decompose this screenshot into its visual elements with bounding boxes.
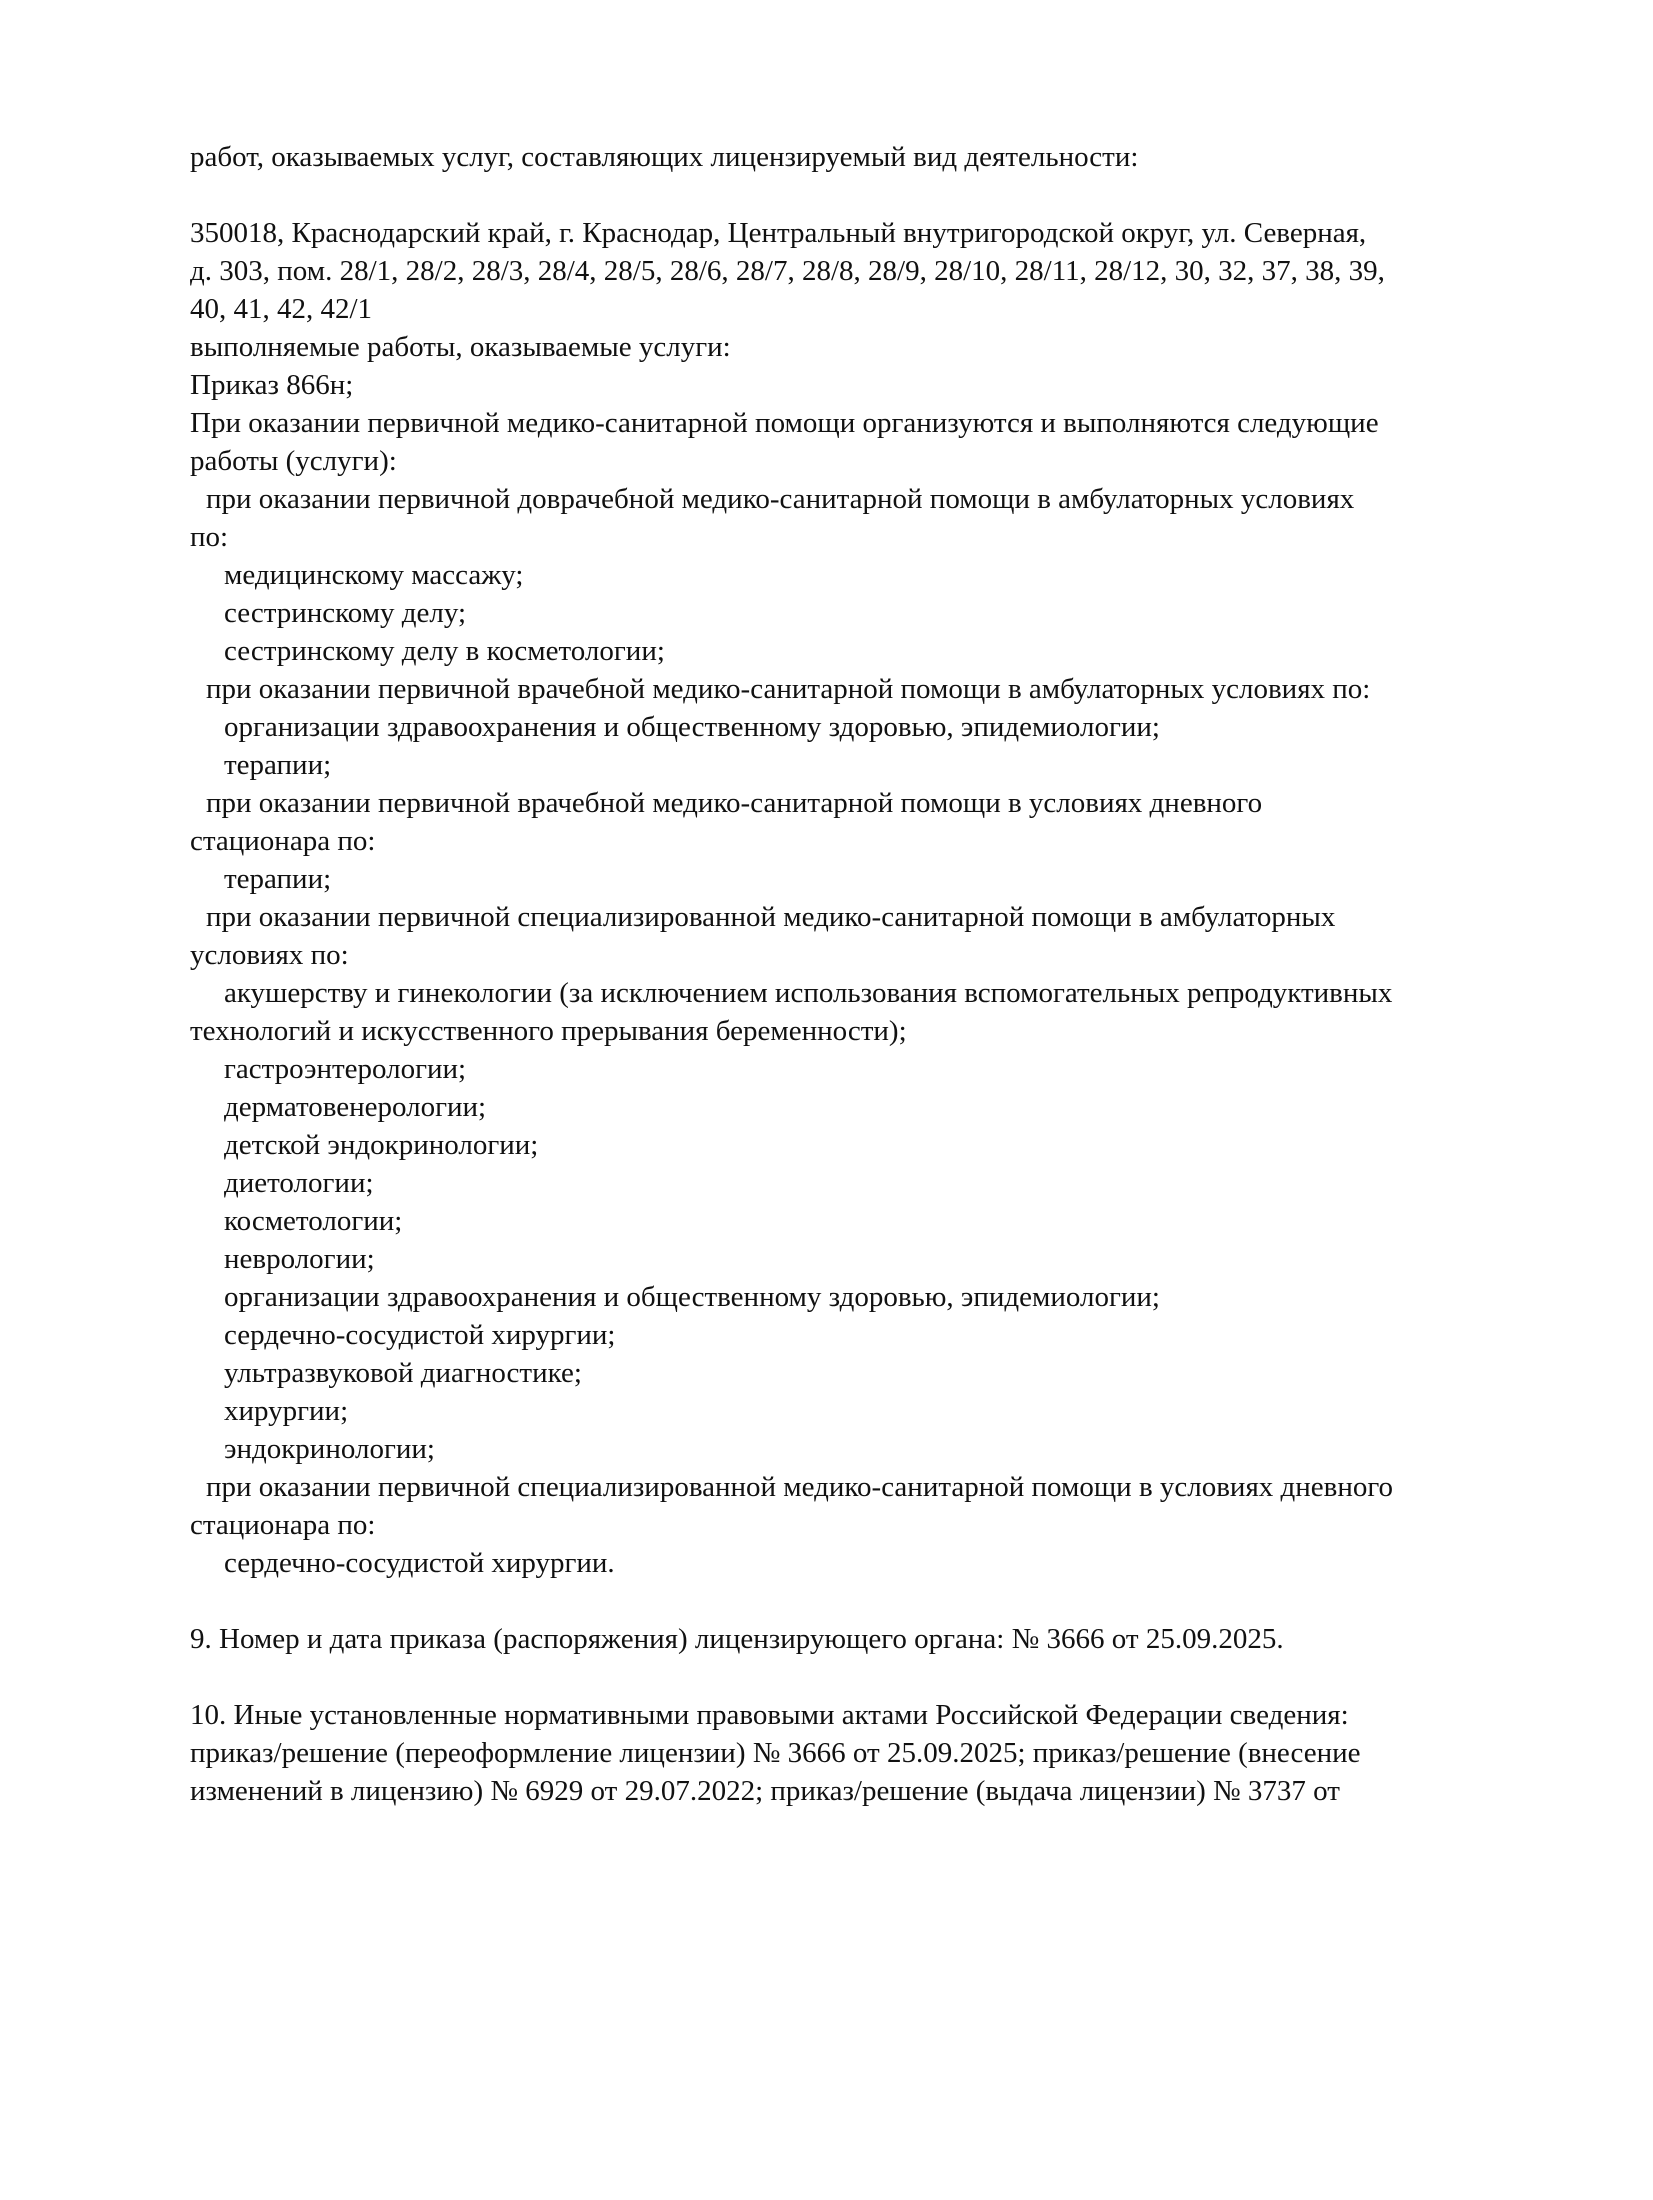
preamble-line: работы (услуги): (190, 442, 1570, 480)
item-10-block: 10. Иные установленные нормативными прав… (190, 1696, 1570, 1810)
service-item: организации здравоохранения и общественн… (190, 708, 1570, 746)
service-item: сестринскому делу в косметологии; (190, 632, 1570, 670)
service-item: сердечно-сосудистой хирургии; (190, 1316, 1570, 1354)
preamble-line: При оказании первичной медико-санитарной… (190, 404, 1570, 442)
address-block: 350018, Краснодарский край, г. Краснодар… (190, 214, 1570, 328)
service-item: терапии; (190, 860, 1570, 898)
service-item: косметологии; (190, 1202, 1570, 1240)
item-10-line: 10. Иные установленные нормативными прав… (190, 1696, 1570, 1734)
section-heading-line: при оказании первичной доврачебной медик… (190, 480, 1570, 518)
section-heading-line: по: (190, 518, 1570, 556)
section-heading-line: стационара по: (190, 822, 1570, 860)
service-section: при оказании первичной врачебной медико-… (190, 784, 1570, 898)
service-item: терапии; (190, 746, 1570, 784)
service-item: гастроэнтерологии; (190, 1050, 1570, 1088)
document-page: работ, оказываемых услуг, составляющих л… (190, 138, 1570, 1810)
service-item: сердечно-сосудистой хирургии. (190, 1544, 1570, 1582)
item-10-line: приказ/решение (переоформление лицензии)… (190, 1734, 1570, 1772)
service-section: при оказании первичной специализированно… (190, 898, 1570, 1468)
address-line: 350018, Краснодарский край, г. Краснодар… (190, 214, 1570, 252)
section-heading-line: при оказании первичной врачебной медико-… (190, 670, 1570, 708)
section-heading-line: стационара по: (190, 1506, 1570, 1544)
service-item: эндокринологии; (190, 1430, 1570, 1468)
address-line: 40, 41, 42, 42/1 (190, 290, 1570, 328)
section-heading-line: при оказании первичной врачебной медико-… (190, 784, 1570, 822)
service-section: при оказании первичной специализированно… (190, 1468, 1570, 1582)
order-reference: Приказ 866н; (190, 366, 1570, 404)
section-heading-line: при оказании первичной специализированно… (190, 898, 1570, 936)
service-item: неврологии; (190, 1240, 1570, 1278)
item-10-line: изменений в лицензию) № 6929 от 29.07.20… (190, 1772, 1570, 1810)
service-item: детской эндокринологии; (190, 1126, 1570, 1164)
service-item: диетологии; (190, 1164, 1570, 1202)
service-item: акушерству и гинекологии (за исключением… (190, 974, 1570, 1012)
service-item: сестринскому делу; (190, 594, 1570, 632)
service-section: при оказании первичной доврачебной медик… (190, 480, 1570, 670)
service-item: ультразвуковой диагностике; (190, 1354, 1570, 1392)
item-9-order-number: 9. Номер и дата приказа (распоряжения) л… (190, 1620, 1570, 1658)
intro-line: работ, оказываемых услуг, составляющих л… (190, 138, 1570, 176)
address-line: д. 303, пом. 28/1, 28/2, 28/3, 28/4, 28/… (190, 252, 1570, 290)
works-heading: выполняемые работы, оказываемые услуги: (190, 328, 1570, 366)
service-section: при оказании первичной врачебной медико-… (190, 670, 1570, 784)
service-item: медицинскому массажу; (190, 556, 1570, 594)
services-sections: при оказании первичной доврачебной медик… (190, 480, 1570, 1582)
service-item: дерматовенерологии; (190, 1088, 1570, 1126)
service-item: технологий и искусственного прерывания б… (190, 1012, 1570, 1050)
section-heading-line: при оказании первичной специализированно… (190, 1468, 1570, 1506)
service-item: хирургии; (190, 1392, 1570, 1430)
section-heading-line: условиях по: (190, 936, 1570, 974)
service-item: организации здравоохранения и общественн… (190, 1278, 1570, 1316)
